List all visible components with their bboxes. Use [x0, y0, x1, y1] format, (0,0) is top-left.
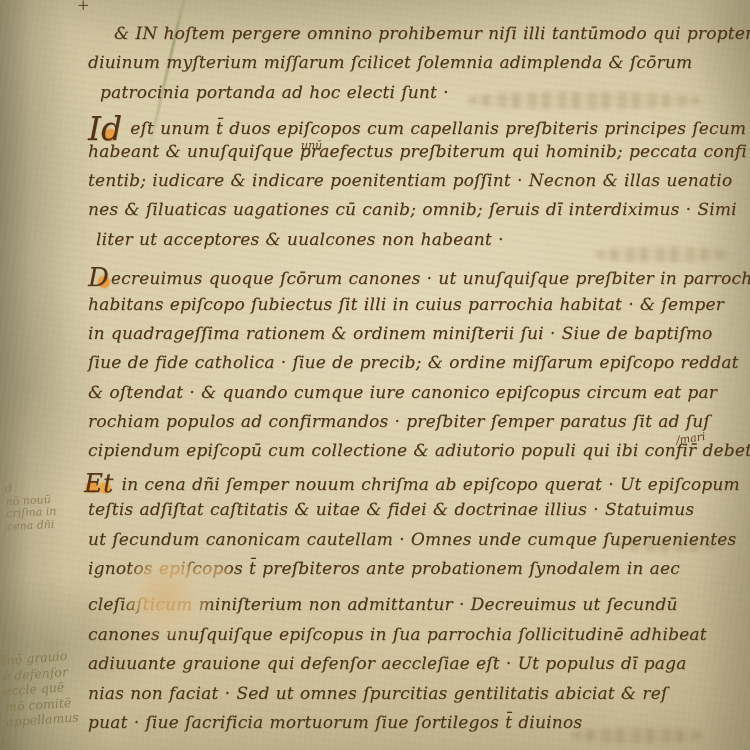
manuscript-line: cipiendum epiſcopū cum collectione & adi…: [88, 441, 728, 470]
manuscript-line: teſtis adſiſtat caſtitatis & uitae & fid…: [88, 500, 728, 529]
line-text: liter ut acceptores & uualcones non habe…: [96, 230, 504, 250]
decorated-initial: Id: [88, 112, 122, 145]
manuscript-line: liter ut acceptores & uualcones non habe…: [96, 230, 728, 259]
interlinear-gloss-unum: unū: [301, 139, 322, 152]
decorated-initial: D: [88, 265, 109, 291]
manuscript-line: Id eſt unum t̄ duos epiſcopos cum capell…: [88, 112, 728, 141]
manuscript-line: puat · ſiue ſacrificia mortuorum ſiue ſo…: [88, 713, 728, 742]
line-text: & IN hoſtem pergere omnino prohibemur ni…: [114, 24, 750, 44]
line-text: eſt unum t̄ duos epiſcopos cum capellani…: [124, 119, 746, 139]
line-text: & oſtendat · & quando cumque iure canoni…: [88, 383, 717, 403]
line-text: puat · ſiue ſacrificia mortuorum ſiue ſo…: [88, 713, 582, 733]
manuscript-line: rochiam populos ad confirmandos · preſbi…: [88, 412, 728, 441]
manuscript-line: tentib; iudicare & indicare poenitentiam…: [88, 171, 728, 200]
line-text: tentib; iudicare & indicare poenitentiam…: [88, 171, 732, 191]
line-text: in cena dñi ſemper nouum chriſma ab epiſ…: [115, 475, 739, 495]
line-text: patrocinia portanda ad hoc electi ſunt ·: [100, 83, 449, 103]
manuscript-line: Et in cena dñi ſemper nouum chriſma ab e…: [84, 471, 728, 500]
manuscript-line: adiuuante grauione qui defenſor aeccleſi…: [88, 654, 728, 683]
line-text: adiuuante grauione qui defenſor aeccleſi…: [88, 654, 687, 674]
decorated-initial: Et: [84, 471, 113, 497]
line-text: in quadrageſſima rationem & ordinem mini…: [88, 324, 712, 344]
parchment-stain: [190, 560, 236, 600]
manuscript-line: nes & ſiluaticas uagationes cū canib; om…: [88, 200, 728, 229]
manuscript-line: diuinum myſterium miſſarum ſcilicet ſole…: [88, 53, 728, 82]
manuscript-line: nias non faciat · Sed ut omnes ſpurcitia…: [88, 684, 728, 713]
manuscript-line: ſiue de fide catholica · ſiue de precib;…: [88, 353, 728, 382]
line-text: ecreuimus quoque ſcōrum canones · ut unu…: [111, 269, 750, 289]
cross-mark: +: [77, 0, 90, 14]
line-text: diuinum myſterium miſſarum ſcilicet ſole…: [88, 53, 692, 73]
line-text: cipiendum epiſcopū cum collectione & adi…: [88, 441, 750, 461]
manuscript-line: habitans epiſcopo ſubiectus ſit illi in …: [88, 295, 728, 324]
line-text: ut ſecundum canonicam cautellam · Omnes …: [88, 530, 736, 550]
line-text: habitans epiſcopo ſubiectus ſit illi in …: [88, 295, 724, 315]
line-text: teſtis adſiſtat caſtitatis & uitae & fid…: [88, 500, 694, 520]
text-block: & IN hoſtem pergere omnino prohibemur ni…: [88, 24, 728, 742]
line-text: nias non faciat · Sed ut omnes ſpurcitia…: [88, 684, 667, 704]
line-text: habeant & unuſquiſque praefectus preſbit…: [88, 142, 747, 162]
margin-note-chrisma: đnō nouūcriſma incena dñi: [5, 481, 58, 534]
margin-note-line: cena dñi: [7, 518, 58, 533]
line-text: rochiam populos ad confirmandos · preſbi…: [88, 412, 710, 432]
manuscript-line: habeant & unuſquiſque praefectus preſbit…: [88, 142, 728, 171]
manuscript-line: & oſtendat · & quando cumque iure canoni…: [88, 383, 728, 412]
line-text: nes & ſiluaticas uagationes cū canib; om…: [88, 200, 737, 220]
manuscript-line: in quadrageſſima rationem & ordinem mini…: [88, 324, 728, 353]
manuscript-page: + & IN hoſtem pergere omnino prohibemur …: [0, 0, 750, 750]
manuscript-line: Decreuimus quoque ſcōrum canones · ut un…: [88, 265, 728, 294]
line-text: ſiue de fide catholica · ſiue de precib;…: [88, 353, 739, 373]
manuscript-line: patrocinia portanda ad hoc electi ſunt ·: [100, 83, 728, 112]
margin-note-gravio: [nō grauioē defenſoreccłe quēmō comitēap…: [1, 648, 79, 730]
manuscript-line: & IN hoſtem pergere omnino prohibemur ni…: [114, 24, 728, 53]
